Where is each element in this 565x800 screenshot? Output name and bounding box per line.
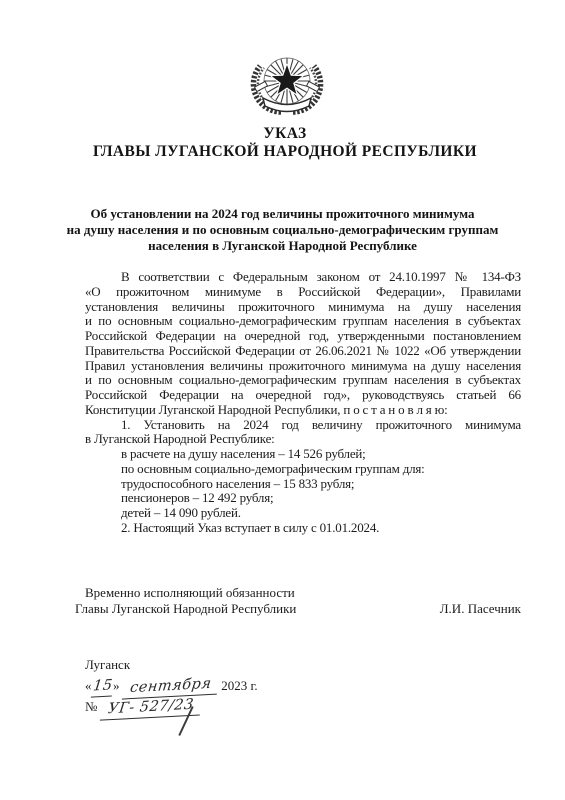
decree-document-page: УКАЗ ГЛАВЫ ЛУГАНСКОЙ НАРОДНОЙ РЕСПУБЛИКИ…: [0, 0, 565, 800]
signatory-position: Временно исполняющий обязанности Главы Л…: [75, 585, 296, 616]
authority-line: ГЛАВЫ ЛУГАНСКОЙ НАРОДНОЙ РЕСПУБЛИКИ: [20, 143, 550, 161]
body-line: «О прожиточном минимуме в Российской Фед…: [85, 285, 521, 300]
body-line: в расчете на душу населения – 14 526 руб…: [85, 447, 521, 462]
subject-line: на душу населения и по основным социальн…: [45, 222, 520, 238]
body-line: Российской Федерации на очередной год, у…: [85, 329, 521, 344]
body-line: В соответствии с Федеральным законом от …: [85, 270, 521, 285]
body-line: 1. Установить на 2024 год величину прожи…: [85, 418, 521, 433]
body-line: Правил установления величины прожиточног…: [85, 359, 521, 374]
signature-block: Временно исполняющий обязанности Главы Л…: [75, 585, 521, 616]
decree-body: В соответствии с Федеральным законом от …: [85, 270, 521, 536]
body-line: пенсионеров – 12 492 рубля;: [85, 491, 521, 506]
decree-word: УКАЗ: [20, 125, 550, 143]
body-line: и по основным социально-демографическим …: [85, 314, 521, 329]
subject-line: Об установлении на 2024 год величины про…: [45, 206, 520, 222]
body-line: Правительства Российской Федерации от 26…: [85, 344, 521, 359]
body-line: установления величины прожиточного миним…: [85, 300, 521, 315]
lnr-coat-of-arms-icon: [247, 48, 327, 120]
subject-line: населения в Луганской Народной Республик…: [45, 238, 520, 254]
body-line: по основным социально-демографическим гр…: [85, 462, 521, 477]
position-line: Временно исполняющий обязанности: [75, 585, 296, 601]
body-line: Конституции Луганской Народной Республик…: [85, 403, 521, 418]
subject-heading: Об установлении на 2024 год величины про…: [45, 206, 520, 254]
body-line: трудоспособного населения – 15 833 рубля…: [85, 477, 521, 492]
date-line: «15» сентября 2023 г.: [85, 676, 385, 697]
handwritten-day: 15: [90, 676, 114, 697]
document-title: УКАЗ ГЛАВЫ ЛУГАНСКОЙ НАРОДНОЙ РЕСПУБЛИКИ: [20, 125, 550, 161]
number-sign: №: [85, 699, 97, 714]
city-line: Луганск: [85, 656, 385, 673]
body-line: и по основным социально-демографическим …: [85, 373, 521, 388]
signatory-name: Л.И. Пасечник: [440, 601, 521, 617]
year-text: 2023 г.: [221, 678, 257, 693]
body-line: в Луганской Народной Республике:: [85, 432, 521, 447]
position-line: Главы Луганской Народной Республики: [75, 601, 296, 617]
document-footer: Луганск «15» сентября 2023 г. № УГ- 527/…: [85, 656, 385, 718]
body-line: детей – 14 090 рублей.: [85, 506, 521, 521]
body-line: 2. Настоящий Указ вступает в силу с 01.0…: [85, 521, 521, 536]
number-line: № УГ- 527/23: [85, 697, 385, 718]
body-line: Российской Федерации на очередной год», …: [85, 388, 521, 403]
handwritten-month: сентября: [122, 674, 220, 699]
